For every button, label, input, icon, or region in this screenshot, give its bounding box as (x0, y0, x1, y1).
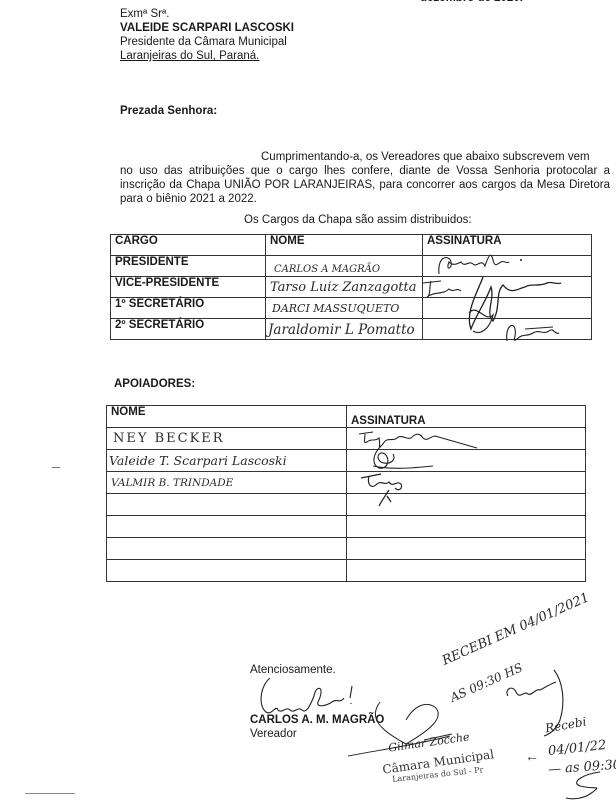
nome-cell: DARCI MASSUQUETO (266, 298, 423, 319)
salutation: Exmª Srª. (120, 7, 169, 21)
table-row: VICE-PRESIDENTE Tarso Luiz Zanzagotta (111, 277, 592, 298)
nome-cell: NEY BECKER (107, 428, 347, 450)
signature-cell (347, 538, 586, 560)
signature-cell (423, 298, 592, 319)
apoiadores-title: APOIADORES: (114, 377, 195, 391)
table-row: NEY BECKER (107, 428, 586, 450)
table-header-row: NOME ASSINATURA (107, 406, 586, 428)
signature-cell (347, 516, 586, 538)
recipient-location: Laranjeiras do Sul, Paraná. (120, 49, 259, 63)
table-row (107, 516, 586, 538)
greeting: Prezada Senhora: (120, 104, 217, 118)
nome-cell: CARLOS A MAGRÃO (266, 256, 423, 277)
distribution-intro: Os Cargos da Chapa são assim distribuido… (244, 213, 472, 227)
receipt-note-line1: RECEBI EM 04/01/2021 (440, 590, 592, 669)
signature-icon (503, 319, 603, 349)
arrow-left-icon: ← (525, 748, 539, 764)
nome-cell (107, 516, 347, 538)
cargo-cell: PRESIDENTE (111, 256, 266, 277)
cargo-cell: VICE-PRESIDENTE (111, 277, 266, 298)
closing-text: Atenciosamente. (250, 663, 336, 677)
handwritten-name: DARCI MASSUQUETO (272, 302, 399, 315)
nome-cell: VALMIR B. TRINDADE (107, 472, 347, 494)
receipt2-line2: 04/01/22 (547, 738, 607, 759)
signer-title: Vereador (250, 727, 297, 741)
date-line: dezembro de 2020. (420, 0, 523, 5)
nome-cell: Jaraldomir L Pomatto (266, 319, 423, 340)
signature-cell (347, 472, 586, 494)
header-assinatura: ASSINATURA (347, 406, 586, 428)
signature-icon (560, 770, 616, 800)
header-nome: NOME (266, 235, 423, 256)
signature-icon (363, 444, 463, 474)
signature-cell (423, 319, 592, 340)
nome-cell: Valeide T. Scarpari Lascoski (107, 450, 347, 472)
table-row: VALMIR B. TRINDADE (107, 472, 586, 494)
table-row (107, 560, 586, 582)
handwritten-name: Valeide T. Scarpari Lascoski (109, 453, 287, 468)
handwritten-name: Tarso Luiz Zanzagotta (270, 280, 417, 295)
body-paragraph-first-line: Cumprimentando-a, os Vereadores que abai… (261, 150, 590, 164)
handwritten-name: NEY BECKER (113, 431, 225, 446)
handwritten-name: CARLOS A MAGRÃO (274, 264, 380, 275)
scan-mark (52, 467, 60, 468)
cargo-cell: 2º SECRETÁRIO (111, 319, 266, 340)
handwritten-name: Jaraldomir L Pomatto (268, 322, 415, 338)
signature-cell (347, 450, 586, 472)
header-nome: NOME (107, 406, 347, 428)
signature-cell (423, 277, 592, 298)
nome-cell: Tarso Luiz Zanzagotta (266, 277, 423, 298)
recipient-title: Presidente da Câmara Municipal (120, 35, 287, 49)
signature-cell (347, 494, 586, 516)
table-row: 2º SECRETÁRIO Jaraldomir L Pomatto (111, 319, 592, 340)
nome-cell (107, 538, 347, 560)
nome-cell (107, 560, 347, 582)
apoiadores-table: NOME ASSINATURA NEY BECKER Valeide T. Sc… (106, 405, 586, 582)
signature-cell (347, 560, 586, 582)
nome-cell (107, 494, 347, 516)
recipient-name: VALEIDE SCARPARI LASCOSKI (120, 21, 294, 35)
scan-mark (25, 793, 75, 794)
chapa-table: CARGO NOME ASSINATURA PRESIDENTE CARLOS … (110, 234, 592, 340)
handwritten-name: VALMIR B. TRINDADE (111, 477, 233, 489)
table-row (107, 494, 586, 516)
body-paragraph: no uso das atribuições que o cargo lhes … (120, 164, 610, 206)
table-row: 1º SECRETÁRIO DARCI MASSUQUETO (111, 298, 592, 319)
table-row (107, 538, 586, 560)
header-cargo: CARGO (111, 235, 266, 256)
cargo-cell: 1º SECRETÁRIO (111, 298, 266, 319)
table-row: Valeide T. Scarpari Lascoski (107, 450, 586, 472)
